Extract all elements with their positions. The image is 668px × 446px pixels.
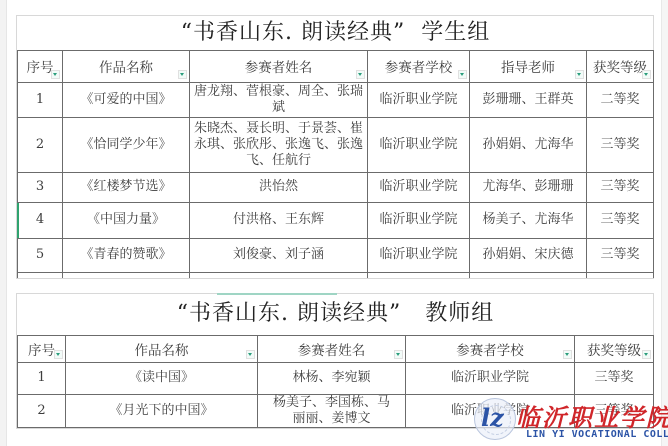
- filter-dropdown-icon[interactable]: [563, 350, 572, 359]
- cell-work[interactable]: 《读中国》: [66, 362, 258, 394]
- filter-dropdown-icon[interactable]: [356, 70, 365, 79]
- cell-award[interactable]: 三等奖: [587, 238, 654, 272]
- column-header-participants[interactable]: 参赛者姓名: [190, 50, 368, 82]
- filter-dropdown-icon[interactable]: [178, 70, 187, 79]
- cell-school[interactable]: 临沂职业学院: [368, 202, 470, 238]
- cell-work[interactable]: 《恰同学少年》: [63, 117, 190, 172]
- filter-dropdown-icon[interactable]: [575, 70, 584, 79]
- column-header-advisor[interactable]: 指导老师: [470, 50, 587, 82]
- cell-participants[interactable]: 刘俊豪、刘子涵: [190, 238, 368, 272]
- cell-school[interactable]: 临沂职业学院: [368, 82, 470, 117]
- window-left-edge: [0, 0, 7, 446]
- cell-work[interactable]: 《红楼梦节选》: [63, 172, 190, 202]
- table-row: 2 《恰同学少年》 朱晓杰、聂长明、于景荟、崔永琪、张欣彤、张逸飞、张逸飞、任航…: [18, 117, 654, 172]
- cell-participants[interactable]: 林杨、李宛颖: [258, 362, 406, 394]
- filter-dropdown-icon[interactable]: [642, 350, 651, 359]
- cell-participants[interactable]: 付洪格、王东辉: [190, 202, 368, 238]
- column-header-school[interactable]: 参赛者学校: [368, 50, 470, 82]
- column-header-participants[interactable]: 参赛者姓名: [258, 335, 406, 362]
- cell-school[interactable]: 临沂职业学院: [368, 238, 470, 272]
- cell-empty: [190, 272, 368, 278]
- student-group-table: “书香山东. 朗读经典” 学生组 序号 作品名称 参赛者姓名 参赛者学校 指导老…: [17, 16, 654, 278]
- selection-indicator: [17, 203, 19, 238]
- filter-dropdown-icon[interactable]: [246, 350, 255, 359]
- table-row: 1 《读中国》 林杨、李宛颖 临沂职业学院 三等奖: [18, 362, 654, 394]
- column-header-work[interactable]: 作品名称: [66, 335, 258, 362]
- cell-no[interactable]: 2: [18, 117, 63, 172]
- cell-award[interactable]: 三等奖: [587, 202, 654, 238]
- filter-dropdown-icon[interactable]: [642, 70, 651, 79]
- cell-participants[interactable]: 唐龙翔、菅根豪、周全、张瑞斌: [190, 82, 368, 117]
- teacher-table-title: “书香山东. 朗读经典” 教师组: [18, 294, 654, 335]
- cell-empty: [18, 272, 63, 278]
- cell-empty: [63, 272, 190, 278]
- cell-advisor[interactable]: 彭珊珊、王群英: [470, 82, 587, 117]
- column-header-no[interactable]: 序号: [18, 50, 63, 82]
- cell-participants[interactable]: 朱晓杰、聂长明、于景荟、崔永琪、张欣彤、张逸飞、张逸飞、任航行: [190, 117, 368, 172]
- cell-participants[interactable]: 洪怡然: [190, 172, 368, 202]
- cell-no[interactable]: 5: [18, 238, 63, 272]
- cell-no[interactable]: 3: [18, 172, 63, 202]
- table-row: 4 《中国力量》 付洪格、王东辉 临沂职业学院 杨美子、尤海华 三等奖: [18, 202, 654, 238]
- table-row: 5 《青春的赞歌》 刘俊豪、刘子涵 临沂职业学院 孙娟娟、宋庆德 三等奖: [18, 238, 654, 272]
- cell-award[interactable]: 三等奖: [575, 362, 654, 394]
- cell-work[interactable]: 《可爱的中国》: [63, 82, 190, 117]
- cell-no[interactable]: 1: [18, 82, 63, 117]
- cell-advisor[interactable]: 孙娟娟、尤海华: [470, 117, 587, 172]
- student-table-title: “书香山东. 朗读经典” 学生组: [18, 16, 654, 50]
- cell-school[interactable]: 临沂职业学院: [406, 362, 575, 394]
- table-row: 1 《可爱的中国》 唐龙翔、菅根豪、周全、张瑞斌 临沂职业学院 彭珊珊、王群英 …: [18, 82, 654, 117]
- cell-work[interactable]: 《月光下的中国》: [66, 394, 258, 427]
- column-header-school[interactable]: 参赛者学校: [406, 335, 575, 362]
- teacher-table-header-row: 序号 作品名称 参赛者姓名 参赛者学校 获奖等级: [18, 335, 654, 362]
- cell-no[interactable]: 1: [18, 362, 66, 394]
- cell-no[interactable]: 2: [18, 394, 66, 427]
- college-emblem-icon: lz: [474, 398, 516, 440]
- column-header-no[interactable]: 序号: [18, 335, 66, 362]
- college-name-en: LIN YI VOCATIONAL COLLEGE: [526, 429, 668, 440]
- table-row-partial: [18, 272, 654, 278]
- cell-no[interactable]: 4: [18, 202, 63, 238]
- college-name-cn: 临沂职业学院: [516, 398, 668, 433]
- cell-school[interactable]: 临沂职业学院: [368, 172, 470, 202]
- cell-work[interactable]: 《中国力量》: [63, 202, 190, 238]
- cell-school[interactable]: 临沂职业学院: [368, 117, 470, 172]
- student-table-header-row: 序号 作品名称 参赛者姓名 参赛者学校 指导老师 获奖等级: [18, 50, 654, 82]
- cell-empty: [368, 272, 470, 278]
- cell-empty: [587, 272, 654, 278]
- cell-empty: [470, 272, 587, 278]
- table-row: 3 《红楼梦节选》 洪怡然 临沂职业学院 尤海华、彭珊珊 三等奖: [18, 172, 654, 202]
- cell-advisor[interactable]: 尤海华、彭珊珊: [470, 172, 587, 202]
- cell-participants[interactable]: 杨美子、李国栋、马丽丽、姜博文: [258, 394, 406, 427]
- emblem-glyph: lz: [481, 403, 504, 432]
- filter-dropdown-icon[interactable]: [51, 70, 60, 79]
- student-group-table-container: “书香山东. 朗读经典” 学生组 序号 作品名称 参赛者姓名 参赛者学校 指导老…: [17, 16, 653, 278]
- column-header-award[interactable]: 获奖等级: [575, 335, 654, 362]
- filter-dropdown-icon[interactable]: [54, 350, 63, 359]
- college-logo-watermark: lz 临沂职业学院 LIN YI VOCATIONAL COLLEGE: [474, 396, 664, 446]
- column-header-work[interactable]: 作品名称: [63, 50, 190, 82]
- cell-award[interactable]: 三等奖: [587, 117, 654, 172]
- cell-award[interactable]: 三等奖: [587, 172, 654, 202]
- window-right-edge: [661, 0, 668, 446]
- filter-dropdown-icon[interactable]: [394, 350, 403, 359]
- cell-award[interactable]: 二等奖: [587, 82, 654, 117]
- cell-advisor[interactable]: 孙娟娟、宋庆德: [470, 238, 587, 272]
- cell-work[interactable]: 《青春的赞歌》: [63, 238, 190, 272]
- filter-dropdown-icon[interactable]: [458, 70, 467, 79]
- column-header-award[interactable]: 获奖等级: [587, 50, 654, 82]
- cell-advisor[interactable]: 杨美子、尤海华: [470, 202, 587, 238]
